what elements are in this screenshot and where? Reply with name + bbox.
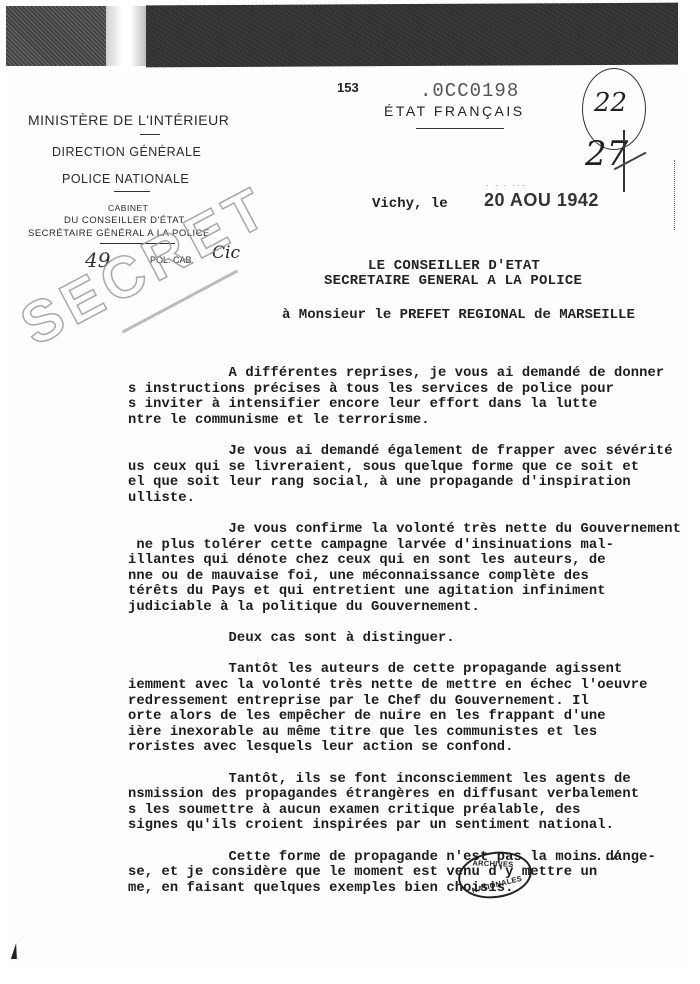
sender-line-2: SECRETAIRE GENERAL A LA POLICE — [324, 273, 582, 289]
recipient-line: à Monsieur le PREFET REGIONAL de MARSEIL… — [282, 307, 635, 323]
body-line: Tantôt les auteurs de cette propagande a… — [128, 662, 622, 677]
handwritten-stroke — [623, 130, 625, 192]
body-line: us ceux qui se livreraient, sous quelque… — [128, 460, 639, 475]
body-line: A différentes reprises, je vous ai deman… — [128, 366, 664, 381]
state-divider — [416, 128, 504, 129]
margin-dots — [674, 160, 676, 230]
scan-shadow-gap — [106, 6, 146, 66]
letterhead-ministry: MINISTÈRE DE L'INTÉRIEUR — [28, 112, 229, 128]
body-line: me, en faisant quelques exemples bien ch… — [128, 881, 513, 896]
body-line: s inviter à intensifier encore leur effo… — [128, 397, 597, 412]
place-label: Vichy, le — [372, 196, 448, 212]
scan-shadow-main — [146, 3, 678, 68]
body-line: signes qu'ils croient inspirées par un s… — [128, 818, 614, 833]
letterhead-divider — [114, 191, 150, 192]
body-line: redressement entreprise par le Chef du G… — [128, 694, 589, 709]
date-stamp-header: · · · ··· — [486, 181, 527, 190]
body-line: s les soumettre à aucun examen critique … — [128, 803, 581, 818]
body-line: ière inexorable au même titre que les co… — [128, 725, 597, 740]
letterhead-divider — [140, 134, 160, 135]
body-line: Cette forme de propagande n'est pas la m… — [128, 850, 656, 865]
continuation-mark: ..../ — [578, 849, 620, 865]
letterhead-police: POLICE NATIONALE — [62, 172, 189, 186]
handwritten-circled-number: 22 — [594, 88, 627, 118]
letterhead-cabinet: CABINET — [108, 203, 148, 213]
date-stamp: 20 AOU 1942 — [484, 190, 599, 211]
sender-line-1: LE CONSEILLER D'ETAT — [368, 258, 540, 274]
scan-top-band — [0, 0, 700, 72]
body-line: illantes qui dénote chez ceux qui en son… — [128, 553, 606, 568]
body-line: roristes avec lesquels leur action se co… — [128, 740, 513, 755]
body-line: Tantôt, ils se font inconsciemment les a… — [128, 772, 631, 787]
body-line: orte alors de les empêcher de nuire en l… — [128, 709, 606, 724]
body-line: ne plus tolérer cette campagne larvée d'… — [128, 538, 614, 553]
state-heading: ÉTAT FRANÇAIS — [384, 103, 525, 119]
archives-stamp-bottom-text: NATIONALES — [471, 874, 523, 895]
scan-shadow-left — [6, 6, 106, 66]
body-line: judiciable à la politique du Gouvernemen… — [128, 600, 480, 615]
body-line: nne ou de mauvaise foi, une méconnaissan… — [128, 569, 589, 584]
body-line: iemment avec la volonté très nette de me… — [128, 678, 648, 693]
archives-stamp-top-text: ARCHIVES — [472, 858, 513, 868]
body-line: el que soit leur rang social, à une prop… — [128, 475, 631, 490]
document-code: .0CC0198 — [420, 80, 519, 102]
body-line: s instructions précises à tous les servi… — [128, 382, 614, 397]
folio-number: 153 — [337, 80, 359, 95]
body-line: térêts du Pays et qui entretient une agi… — [128, 584, 606, 599]
letterhead-direction: DIRECTION GÉNÉRALE — [52, 145, 201, 159]
body-line: nsmission des propagandes étrangères en … — [128, 787, 639, 802]
body-line: Je vous ai demandé également de frapper … — [128, 444, 673, 459]
body-line: Je vous confirme la volonté très nette d… — [128, 522, 681, 537]
body-line: Deux cas sont à distinguer. — [128, 631, 455, 646]
body-line: ulliste. — [128, 491, 195, 506]
handwritten-number: 27 — [585, 134, 628, 174]
body-line: ntre le communisme et le terrorisme. — [128, 413, 430, 428]
